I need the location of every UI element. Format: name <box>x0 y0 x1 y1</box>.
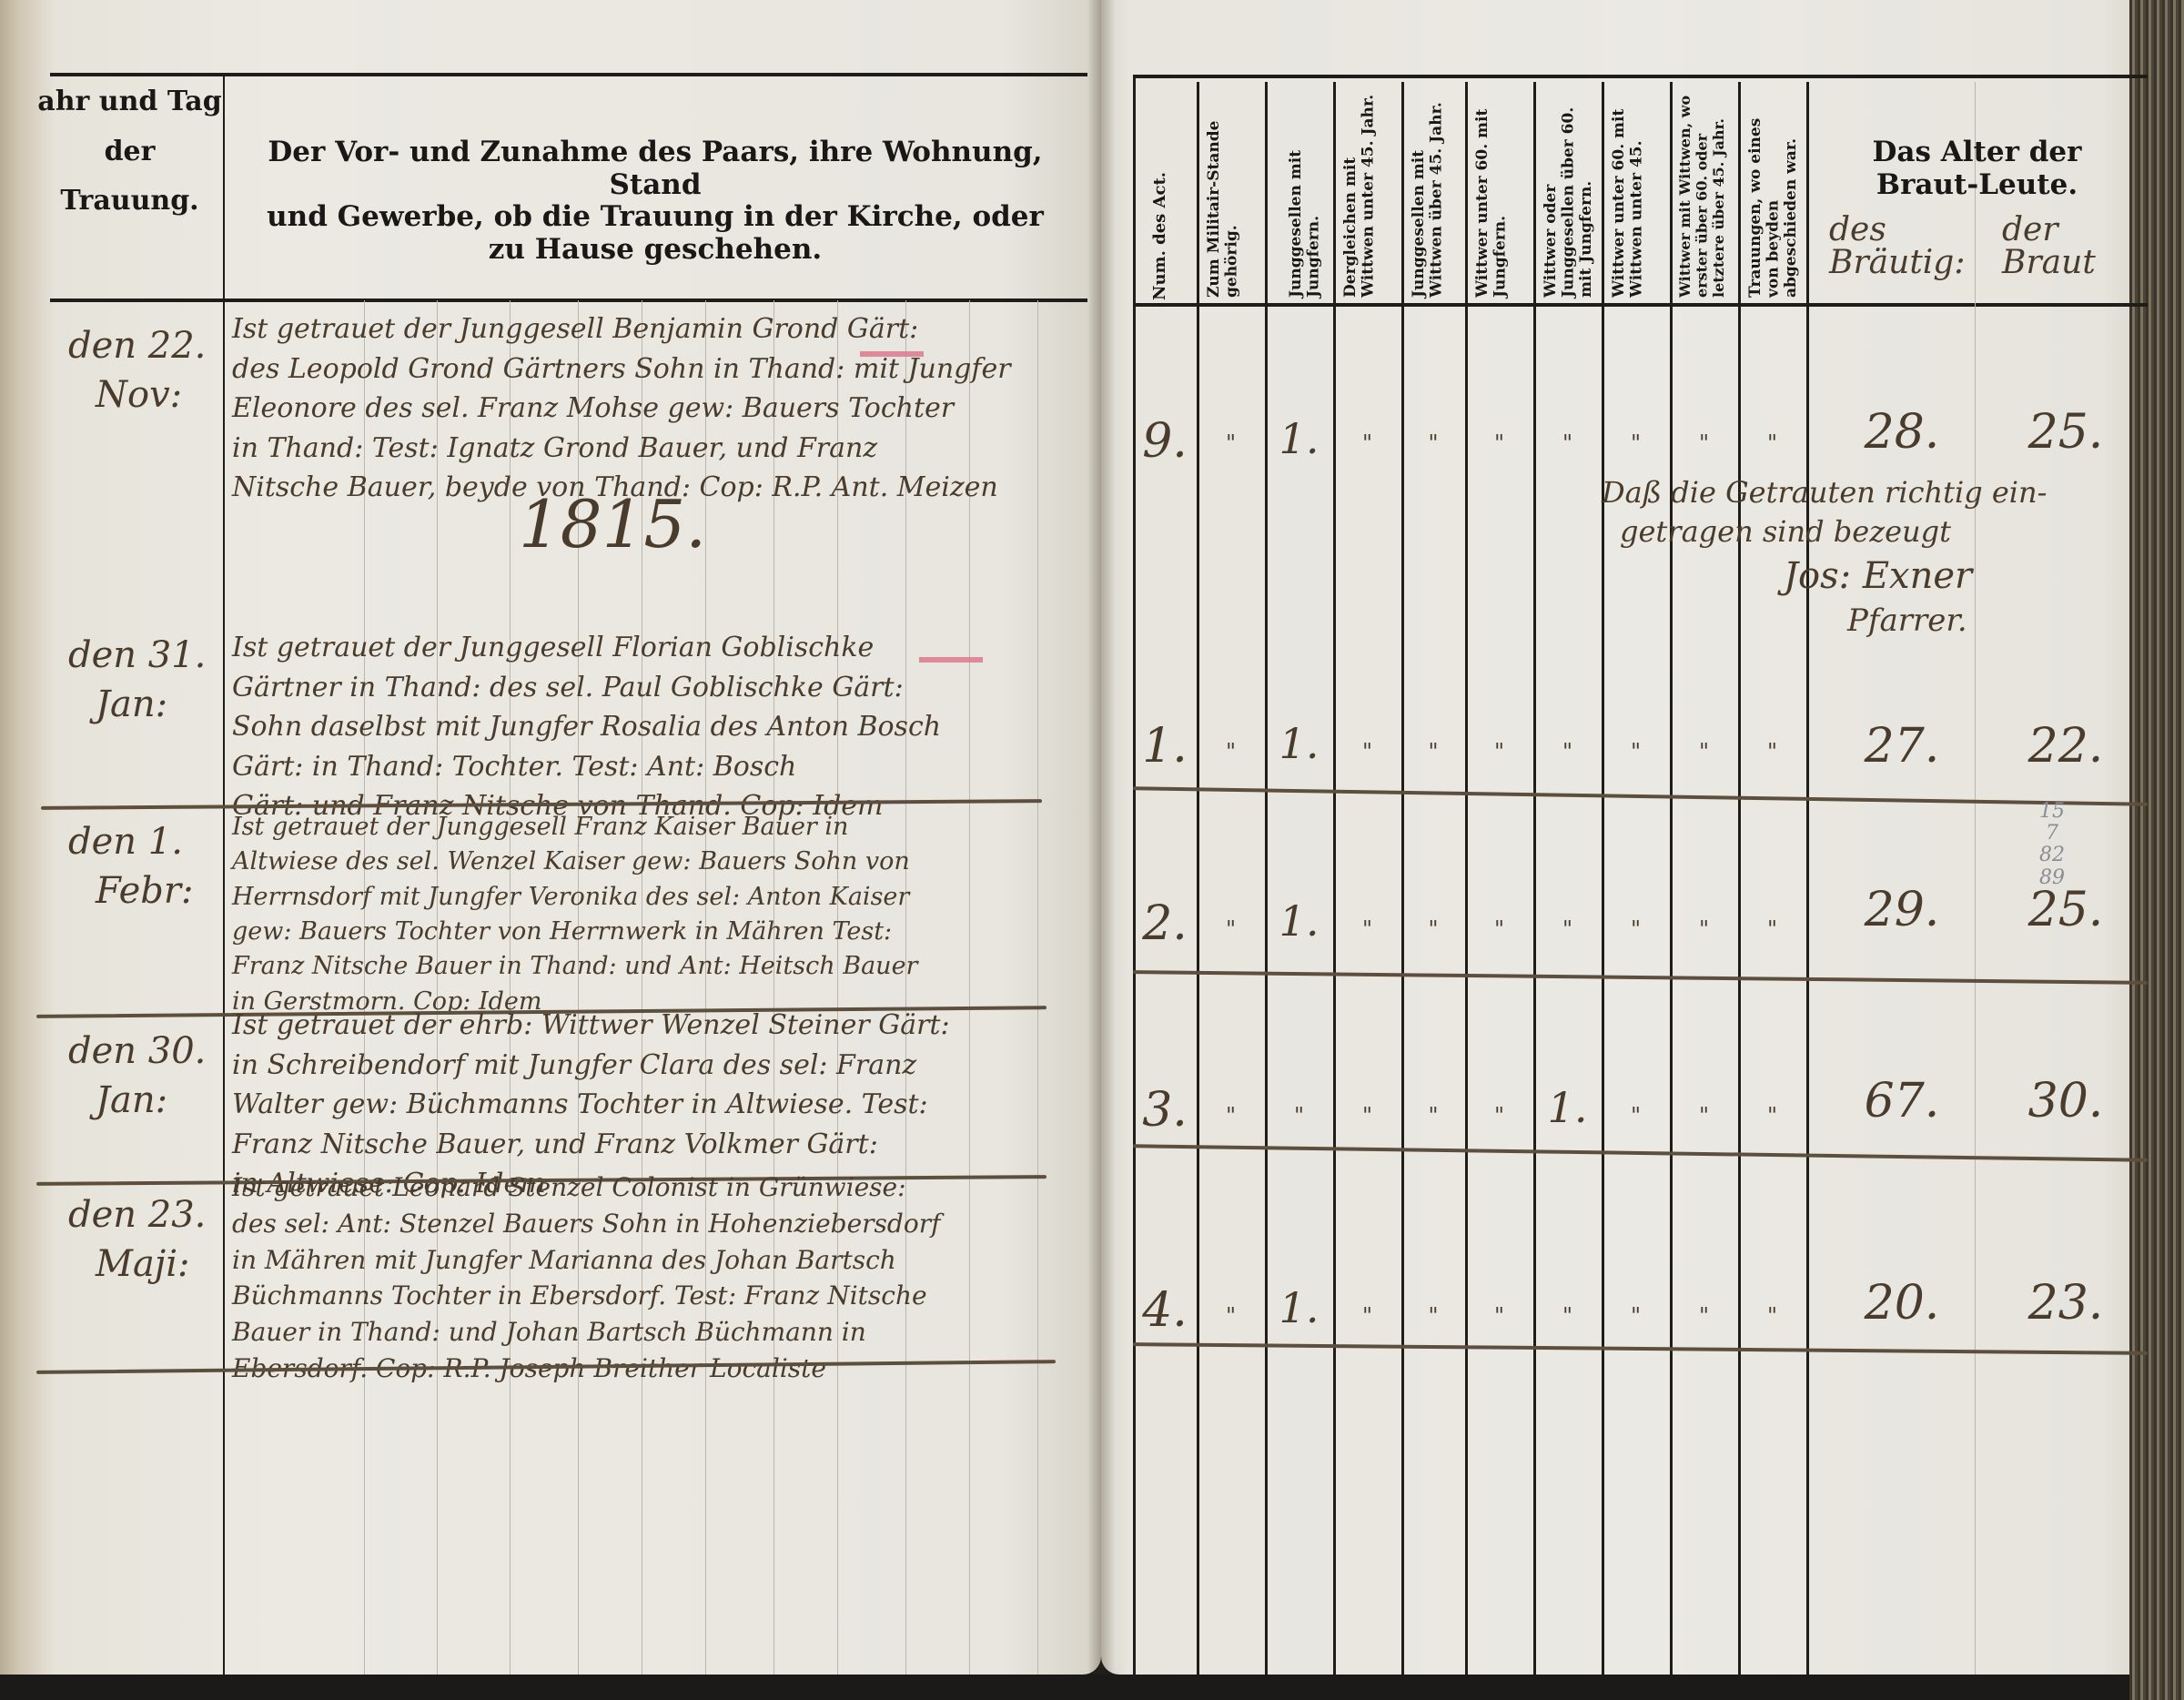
pencil-number: 15 <box>2025 801 2079 823</box>
column-header-widowers-widows-under45: Wittwer unter 60. mit Wittwen unter 45. <box>1611 84 1661 298</box>
groom-age-subheader: des Bräutig: <box>1829 214 1966 279</box>
column-rule <box>1465 82 1468 1675</box>
column-rule <box>1197 82 1199 1675</box>
cell: " <box>1674 1303 1734 1329</box>
entry-line: in Schreibendorf mit Jungfer Clara des s… <box>232 1046 1087 1086</box>
cell: 1. <box>1269 896 1329 946</box>
cell: " <box>1201 739 1260 764</box>
date-day: den 23. <box>68 1197 206 1233</box>
table-row: 1. " 1. " " " " " " " 27. 22. <box>0 719 2184 783</box>
cell: " <box>1338 739 1397 764</box>
bride-age: 30. <box>2011 1074 2120 1128</box>
table-row: 2. " 1. " " " " " " " 29. 25. <box>0 896 2184 960</box>
column-rule <box>1670 82 1673 1675</box>
entry-line: Ist getrauet Leonard Stenzel Colonist in… <box>232 1169 1087 1206</box>
cell: " <box>1743 1303 1802 1329</box>
groom-age: 27. <box>1847 719 1956 774</box>
column-rule <box>1133 75 1136 1676</box>
book-spine <box>1087 0 1115 1675</box>
age-header: Das Alter der Braut-Leute. <box>1820 137 2134 201</box>
entry-text: Ist getrauet Leonard Stenzel Colonist in… <box>232 1169 1087 1387</box>
groom-age: 28. <box>1847 405 1956 460</box>
cell: " <box>1338 1103 1397 1128</box>
cell: " <box>1538 430 1597 456</box>
cell: " <box>1674 739 1734 764</box>
act-number: 2. <box>1137 896 1192 951</box>
red-pencil-mark <box>919 657 983 663</box>
cell: " <box>1470 430 1529 456</box>
header-bottom-rule <box>1133 303 2148 307</box>
entry-date: den 31. Jan: <box>68 637 206 723</box>
cell: " <box>1338 430 1397 456</box>
column-header-bachelors-widows-over45: Junggesellen mit Wittwen über 45. Jahr. <box>1410 84 1461 298</box>
cell: " <box>1606 916 1665 942</box>
column-header-bachelors-maidens: Junggesellen mit Jungfern. <box>1288 84 1323 298</box>
entry-line: des sel: Ant: Stenzel Bauers Sohn in Hoh… <box>232 1206 1087 1242</box>
cell: " <box>1674 430 1734 456</box>
column-header-military: Zum Militair-Stande gehörig. <box>1206 84 1256 298</box>
groom-age: 29. <box>1847 883 1956 937</box>
cell: " <box>1674 916 1734 942</box>
entry-line: Ist getrauet der Junggesell Benjamin Gro… <box>232 309 1087 349</box>
names-column-header: Der Vor- und Zunahme des Paars, ihre Woh… <box>237 137 1074 267</box>
cell: " <box>1201 1303 1260 1329</box>
note-line: getragen sind bezeugt <box>1620 512 2047 551</box>
entry-date: den 22. Nov: <box>68 328 206 413</box>
cell: " <box>1743 1103 1802 1128</box>
header-line: der <box>36 137 223 168</box>
header-bottom-rule <box>50 299 1087 302</box>
cell: " <box>1606 430 1665 456</box>
column-header-divorced: Trauungen, wo eines von beyden abgeschie… <box>1747 84 1797 298</box>
act-number: 1. <box>1137 719 1192 774</box>
cell: " <box>1743 916 1802 942</box>
cell: " <box>1406 739 1461 764</box>
table-row: 4. " 1. " " " " " " " 20. 23. <box>0 1283 2184 1347</box>
age-split-rule <box>1975 82 1976 1675</box>
pencil-number: 82 <box>2025 845 2079 866</box>
cell: " <box>1406 916 1461 942</box>
groom-age: 67. <box>1847 1074 1956 1128</box>
column-rule <box>1533 82 1536 1675</box>
entry-date: den 23. Maji: <box>68 1197 206 1282</box>
header-top-rule <box>50 73 1087 76</box>
cell: " <box>1406 430 1461 456</box>
date-month: Maji: <box>96 1246 206 1282</box>
column-rule <box>1602 82 1604 1675</box>
header-line: und Gewerbe, ob die Trauung in der Kirch… <box>237 201 1074 234</box>
column-rule <box>1333 82 1336 1675</box>
signature-title: Pfarrer. <box>1847 601 2047 643</box>
cell: 1. <box>1269 414 1329 463</box>
pencil-sum: 15 7 82 89 <box>2025 801 2079 889</box>
cell: " <box>1538 916 1597 942</box>
groom-age: 20. <box>1847 1276 1956 1331</box>
cell: " <box>1606 739 1665 764</box>
cell: " <box>1674 1103 1734 1128</box>
column-rule <box>1265 82 1268 1675</box>
cell: 1. <box>1269 719 1329 768</box>
header-line: Trauung. <box>36 186 223 218</box>
table-row: 3. " " " " " 1. " " " 67. 30. <box>0 1083 2184 1147</box>
column-rule <box>1401 82 1404 1675</box>
bride-age: 25. <box>2011 405 2120 460</box>
cell: " <box>1470 1103 1529 1128</box>
cell: " <box>1338 1303 1397 1329</box>
act-number: 4. <box>1137 1283 1192 1338</box>
signature-name: Jos: Exner <box>1784 551 2047 601</box>
column-header-bachelors-widows-under45: Dergleichen mit Wittwen unter 45. Jahr. <box>1342 84 1392 298</box>
date-month: Jan: <box>96 686 206 723</box>
column-rule <box>1738 82 1741 1675</box>
red-pencil-mark <box>860 351 924 357</box>
header-line: zu Hause geschehen. <box>237 234 1074 267</box>
date-column-divider <box>223 73 225 1675</box>
entry-line: Ist getrauet der Junggesell Franz Kaiser… <box>232 810 1087 845</box>
entry-line: Gärtner in Thand: des sel. Paul Goblisch… <box>232 668 1087 708</box>
entry-line: Ist getrauet der ehrb: Wittwer Wenzel St… <box>232 1006 1087 1046</box>
entry-line: in Mähren mit Jungfer Marianna des Johan… <box>232 1242 1087 1279</box>
column-header-act-number: Num. des Act. <box>1151 137 1170 300</box>
act-number: 3. <box>1137 1083 1192 1138</box>
table-row: 9. " 1. " " " " " " " 28. 25. <box>0 414 2184 478</box>
cell: " <box>1606 1103 1665 1128</box>
pencil-number: 7 <box>2025 823 2079 845</box>
date-day: den 1. <box>68 824 193 860</box>
cell: " <box>1606 1303 1665 1329</box>
bride-age: 22. <box>2011 719 2120 774</box>
column-header-over60-maidens: Wittwer oder Junggesellen über 60. mit J… <box>1542 84 1592 298</box>
column-header-widowers-widows-over: Wittwer mit Wittwen, wo erster über 60. … <box>1677 84 1734 298</box>
column-rule <box>1806 82 1809 1675</box>
header-line: Der Vor- und Zunahme des Paars, ihre Woh… <box>237 137 1074 201</box>
cell: " <box>1269 1103 1329 1128</box>
cell: " <box>1538 739 1597 764</box>
cell: " <box>1743 430 1802 456</box>
header-top-rule <box>1133 75 2148 78</box>
act-number: 9. <box>1137 414 1192 469</box>
date-column-header: ahr und Tag der Trauung. <box>36 86 223 218</box>
date-day: den 30. <box>68 1033 206 1069</box>
cell: " <box>1338 916 1397 942</box>
cell: " <box>1201 1103 1260 1128</box>
year-marker: 1815. <box>519 491 706 557</box>
cell: " <box>1470 1303 1529 1329</box>
header-line: ahr und Tag <box>36 86 223 118</box>
cell: " <box>1406 1303 1461 1329</box>
bride-age: 25. <box>2011 883 2120 937</box>
certification-note: Daß die Getrauten richtig ein- getragen … <box>1602 473 2047 643</box>
column-header-widowers-under60-maidens: Wittwer unter 60. mit Jungfern. <box>1474 84 1524 298</box>
date-day: den 22. <box>68 328 206 364</box>
note-line: Daß die Getrauten richtig ein- <box>1602 473 2047 512</box>
bride-age-subheader: der Braut <box>2002 214 2138 279</box>
cell: " <box>1470 739 1529 764</box>
cell: " <box>1201 430 1260 456</box>
date-month: Nov: <box>96 377 206 413</box>
entry-line: Altwiese des sel. Wenzel Kaiser gew: Bau… <box>232 845 1087 879</box>
cell: " <box>1406 1103 1461 1128</box>
date-day: den 31. <box>68 637 206 673</box>
cell: " <box>1470 916 1529 942</box>
cell: 1. <box>1269 1283 1329 1332</box>
cell: " <box>1743 739 1802 764</box>
cell: " <box>1538 1303 1597 1329</box>
bride-age: 23. <box>2011 1276 2120 1331</box>
cell: 1. <box>1538 1083 1597 1132</box>
cell: " <box>1201 916 1260 942</box>
entry-line: des Leopold Grond Gärtners Sohn in Thand… <box>232 349 1087 390</box>
